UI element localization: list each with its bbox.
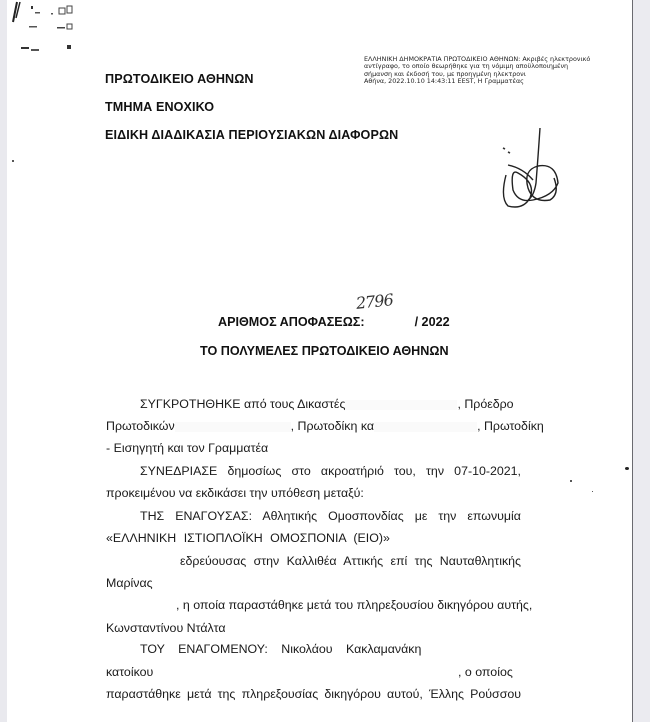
defendant-line-2: κατοίκου [106,665,153,679]
plaintiff-name: «ΕΛΛΗΝΙΚΗ ΙΣΤΙΟΠΛΟΪΚΗ ΟΜΟΣΠΟΝΙΑ (ΕΙΟ)» [106,531,390,545]
department-name: ΤΜΗΜΑ ΕΝΟΧΙΚΟ [105,100,214,114]
scan-speck [625,467,629,470]
handwritten-decision-number: 2796 [355,290,394,313]
defendant-line-1: ΤΟΥ ΕΝΑΓΟΜΕΝΟΥ: Νικολάου Κακλαμανάκη [140,642,421,656]
court-name: ΠΡΩΤΟΔΙΚΕΙΟ ΑΘΗΝΩΝ [105,72,254,86]
viewer-right-margin [633,0,650,722]
court-title: ΤΟ ΠΟΛΥΜΕΛΕΣ ΠΡΩΤΟΔΙΚΕΙΟ ΑΘΗΝΩΝ [200,344,449,358]
stamp-line: σήμανση και έκδοσή του, με προηγμένη ηλε… [364,71,634,78]
composition-line-1: ΣΥΓΚΡΟΤΗΘΗΚΕ από τους Δικαστές, Πρόεδρο [140,397,514,411]
stamp-line: αντίγραφο, το οποίο θεωρήθηκε για τη νόμ… [364,63,634,70]
stamp-line: Αθήνα, 2022.10.10 14:43:11 EEST, Η Γραμμ… [364,78,634,85]
stamp-line: ΕΛΛΗΝΙΚΗ ΔΗΜΟΚΡΑΤΙΑ ΠΡΩΤΟΔΙΚΕΙΟ ΑΘΗΝΩΝ: … [364,56,634,63]
decision-number-label: ΑΡΙΘΜΟΣ ΑΠΟΦΑΣΕΩΣ: [218,315,365,329]
procedure-name: ΕΙΔΙΚΗ ΔΙΑΔΙΚΑΣΙΑ ΠΕΡΙΟΥΣΙΑΚΩΝ ΔΙΑΦΟΡΩΝ [105,128,398,142]
document-page [7,0,632,722]
scan-speck [592,491,593,492]
redacted-text [345,400,457,410]
viewer-left-margin [0,0,7,722]
redacted-text [374,422,477,432]
handwritten-signature [478,128,588,228]
composition-line-3: - Εισηγητή και τον Γραμματέα [106,441,268,455]
session-line-2: προκειμένου να εκδικάσει την υπόθεση μετ… [106,486,364,500]
defendant-line-3: παραστάθηκε μετά της πληρεξουσίας δικηγό… [106,687,521,701]
composition-line-2: Πρωτοδικών, Πρωτοδίκη κα, Πρωτοδίκη [106,419,544,433]
scan-artifact-marks [11,0,81,55]
defendant-line-2-end: , ο οποίος [458,665,513,679]
decision-number-line: ΑΡΙΘΜΟΣ ΑΠΟΦΑΣΕΩΣ:/ 2022 [218,315,450,329]
plaintiff-line-4: Μαρίνας [106,576,153,590]
decision-year: / 2022 [415,315,450,329]
plaintiff-line-1: ΤΗΣ ΕΝΑΓΟΥΣΑΣ: Αθλητικής Ομοσπονδίας με … [140,509,521,523]
redacted-text [175,422,291,432]
session-line-1: ΣΥΝΕΔΡΙΑΣΕ δημοσίως στο ακροατήριό του, … [140,464,521,478]
plaintiff-line-3: εδρεύουσας στην Καλλιθέα Αττικής επί της… [180,554,521,568]
scan-speck [570,480,572,482]
scan-speck [12,160,14,162]
plaintiff-line-5: , η οποία παραστάθηκε μετά του πληρεξουσ… [176,598,532,612]
plaintiff-lawyer: Κωνσταντίνου Ντάλτα [106,621,226,635]
electronic-copy-stamp: ΕΛΛΗΝΙΚΗ ΔΗΜΟΚΡΑΤΙΑ ΠΡΩΤΟΔΙΚΕΙΟ ΑΘΗΝΩΝ: … [364,56,634,86]
